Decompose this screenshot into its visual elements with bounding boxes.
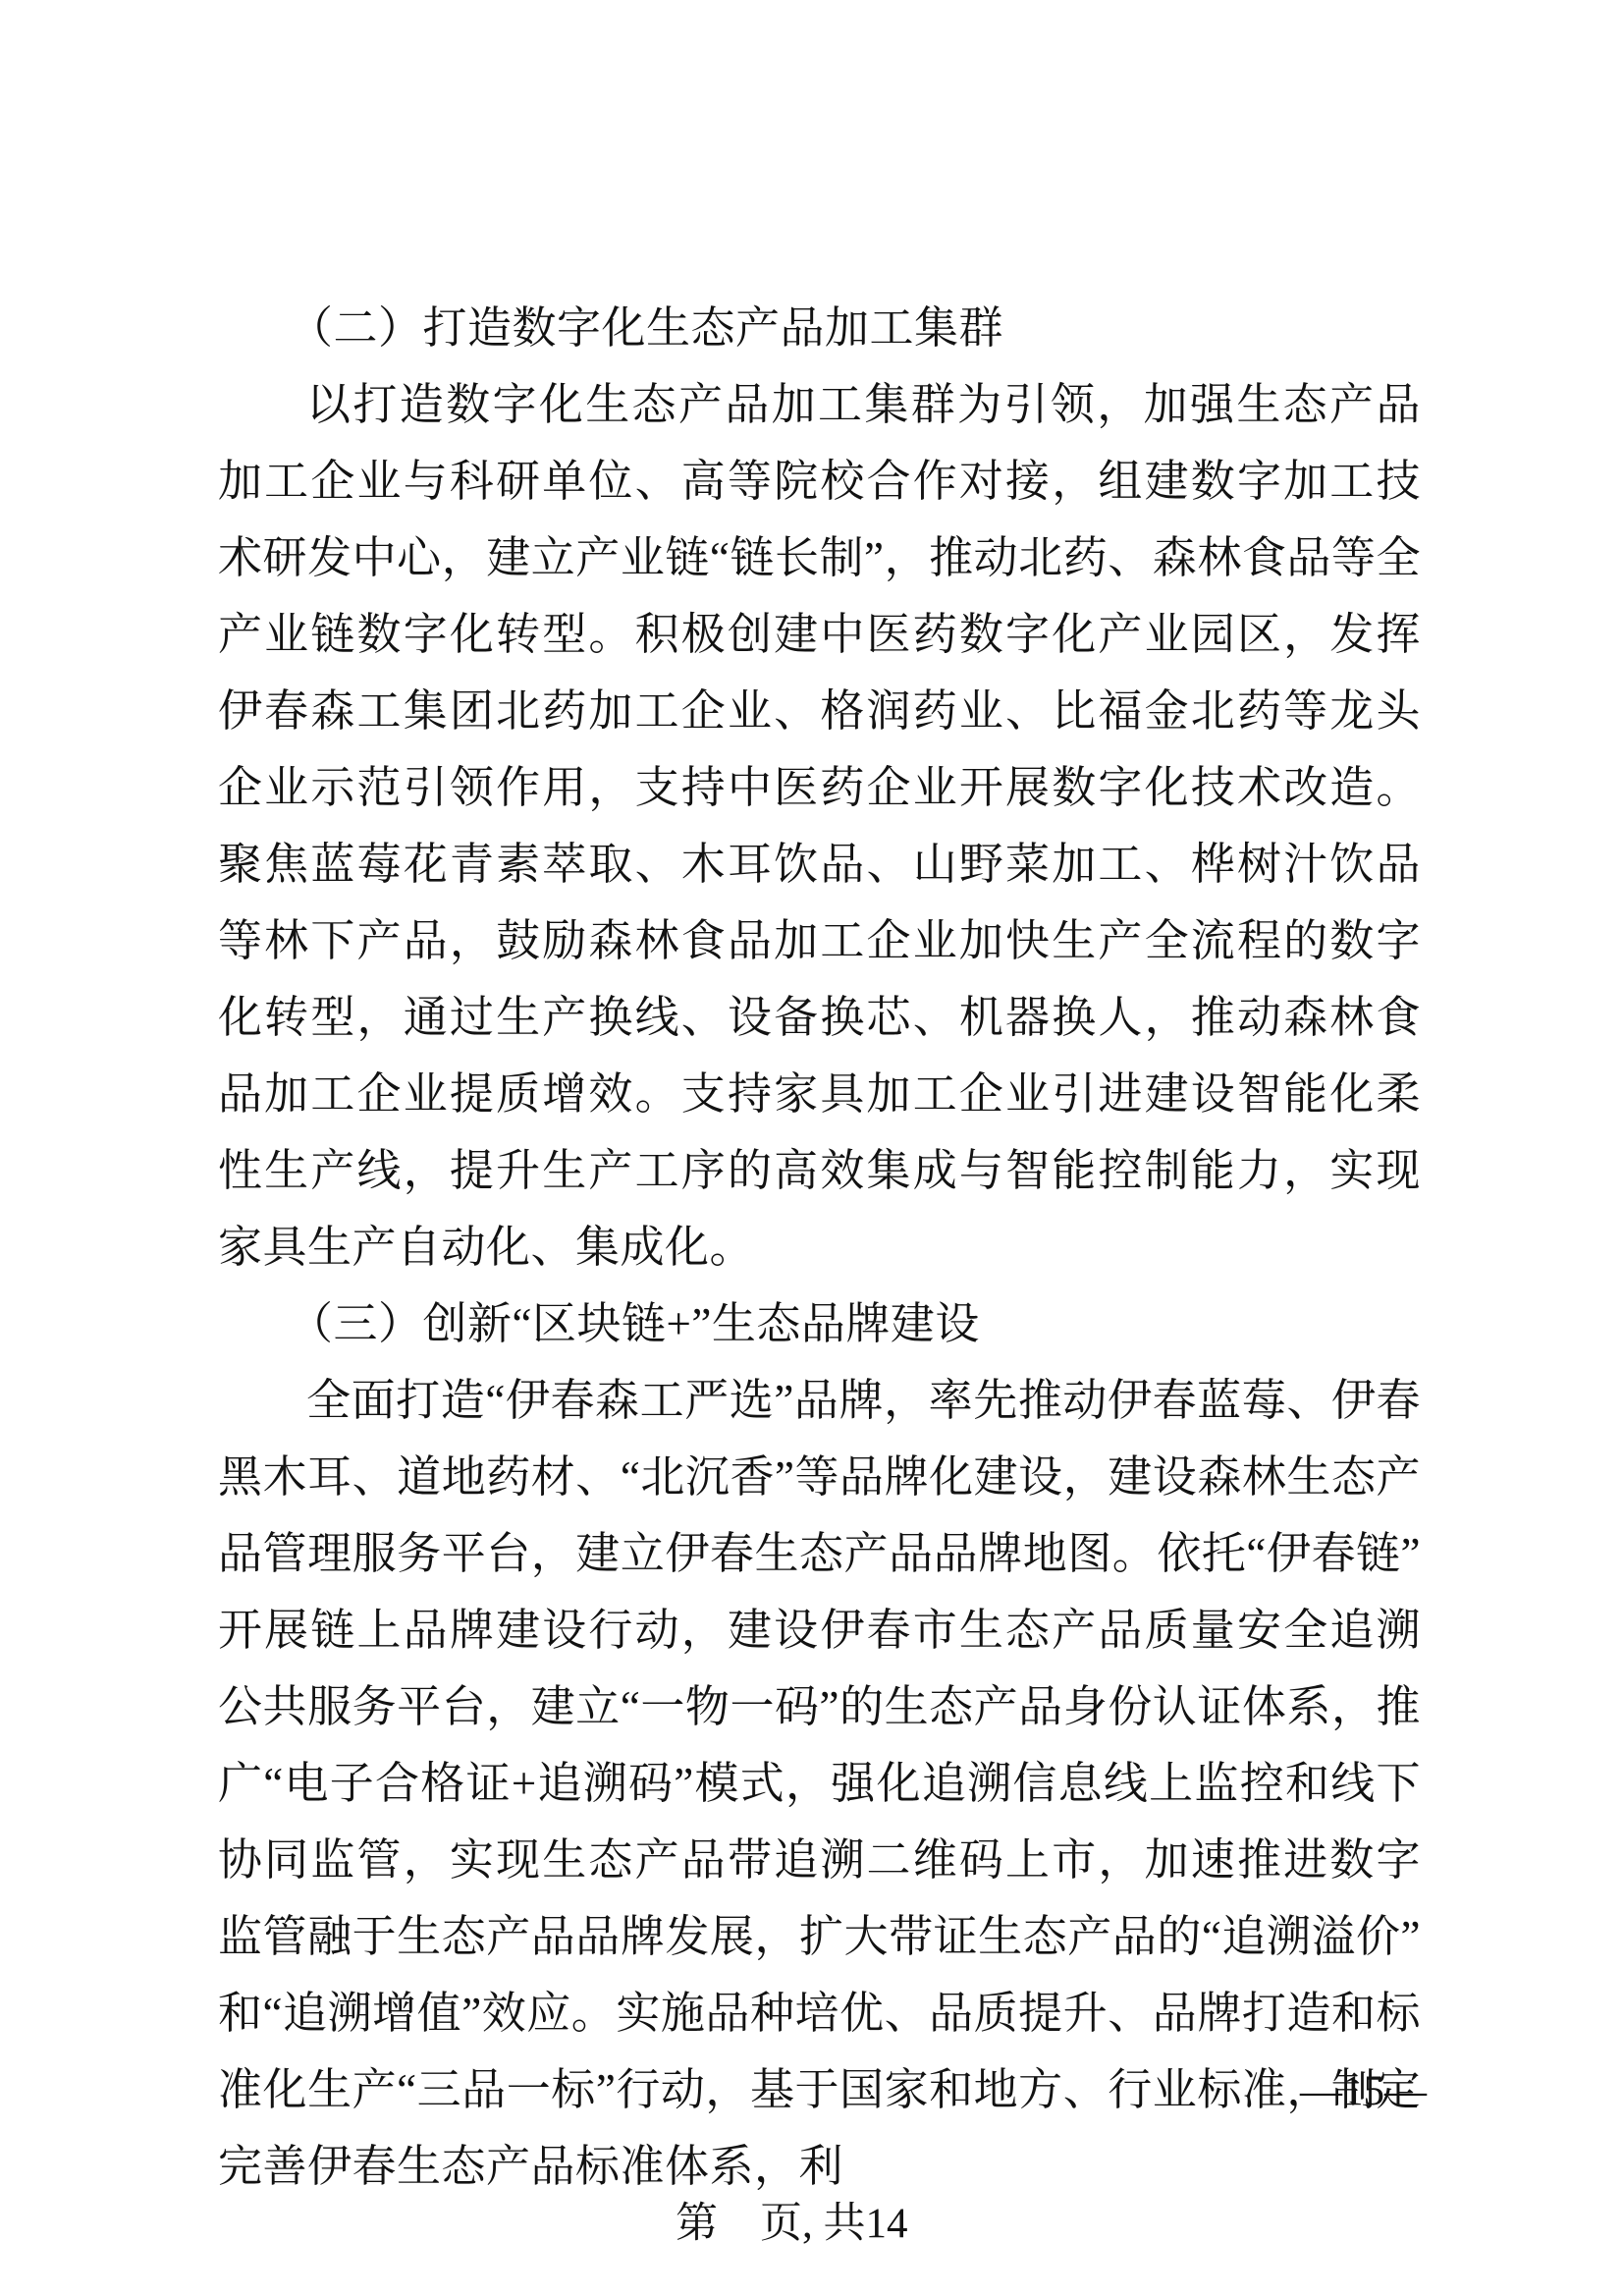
document-page: （二）打造数字化生态产品加工集群以打造数字化生态产品加工集群为引领，加强生态产品… bbox=[0, 0, 1623, 2296]
section-heading: （二）打造数字化生态产品加工集群 bbox=[218, 290, 1421, 366]
page-number: —15— bbox=[1300, 2065, 1427, 2118]
page-footer: 第 页, 共14 bbox=[676, 2198, 908, 2251]
document-body: （二）打造数字化生态产品加工集群以打造数字化生态产品加工集群为引领，加强生态产品… bbox=[218, 290, 1421, 2205]
paragraph: 以打造数字化生态产品加工集群为引领，加强生态产品加工企业与科研单位、高等院校合作… bbox=[218, 366, 1421, 1285]
section-heading: （三）创新“区块链+”生态品牌建设 bbox=[218, 1285, 1421, 1362]
paragraph: 全面打造“伊春森工严选”品牌，率先推动伊春蓝莓、伊春黑木耳、道地药材、“北沉香”… bbox=[218, 1362, 1421, 2205]
